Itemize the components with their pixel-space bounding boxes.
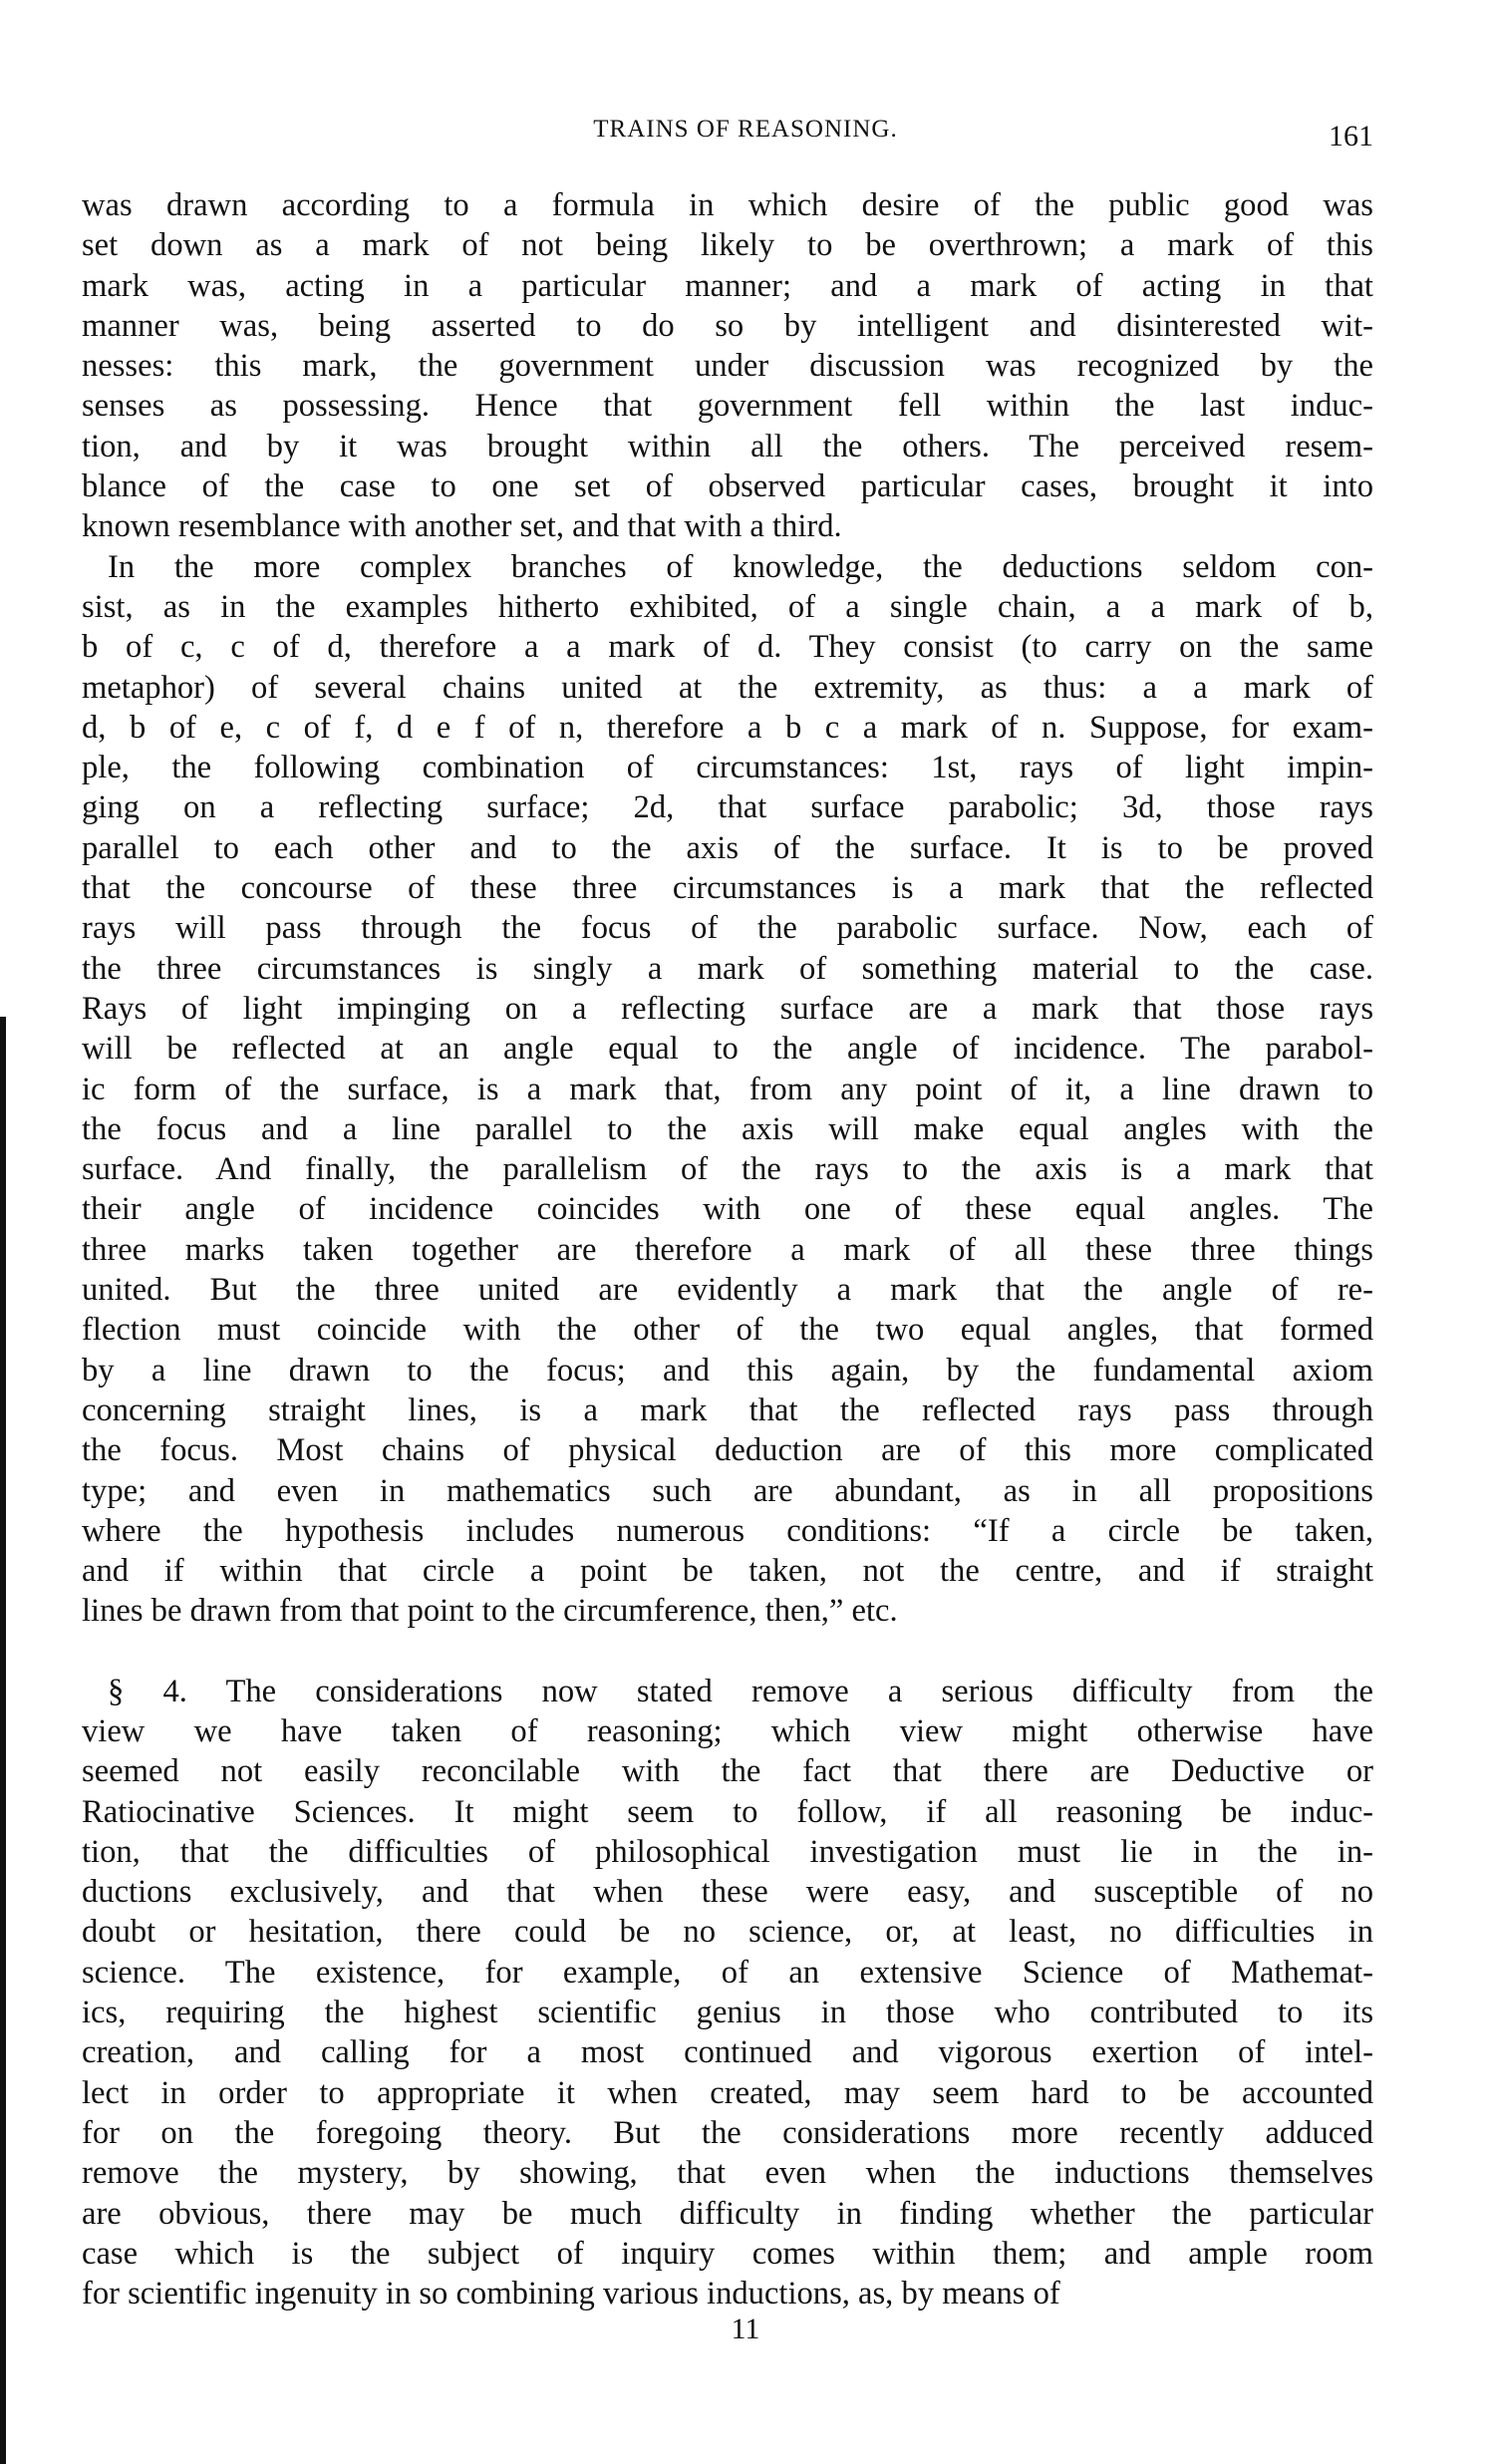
text-line: type; and even in mathematics such are a… <box>82 1471 1373 1511</box>
text-line: where the hypothesis includes numerous c… <box>82 1511 1373 1551</box>
text-line: mark was, acting in a particular manner;… <box>82 266 1373 306</box>
body-text: was drawn according to a formula in whic… <box>82 185 1373 2313</box>
text-line: ic form of the surface, is a mark that, … <box>82 1070 1373 1109</box>
text-line: b of c, c of d, therefore a a mark of d.… <box>82 627 1373 667</box>
text-line: lect in order to appropriate it when cre… <box>82 2073 1373 2113</box>
text-line: science. The existence, for example, of … <box>82 1953 1373 1993</box>
text-line: lines be drawn from that point to the ci… <box>82 1591 1373 1631</box>
text-line: d, b of e, c of f, d e f of n, therefore… <box>82 708 1373 748</box>
text-line: set down as a mark of not being likely t… <box>82 225 1373 265</box>
text-line: nesses: this mark, the government under … <box>82 346 1373 386</box>
text-line: doubt or hesitation, there could be no s… <box>82 1912 1373 1952</box>
text-line: that the concourse of these three circum… <box>82 868 1373 908</box>
text-line: seemed not easily reconcilable with the … <box>82 1751 1373 1791</box>
section-gap <box>82 1632 1373 1672</box>
text-line: concerning straight lines, is a mark tha… <box>82 1390 1373 1430</box>
text-line: tion, that the difficulties of philosoph… <box>82 1832 1373 1872</box>
text-line: rays will pass through the focus of the … <box>82 908 1373 948</box>
text-line: the focus and a line parallel to the axi… <box>82 1109 1373 1149</box>
page-header: TRAINS OF REASONING. 161 <box>0 100 1491 150</box>
paragraph-2: In the more complex branches of knowledg… <box>82 547 1373 1632</box>
text-line: metaphor) of several chains united at th… <box>82 668 1373 708</box>
text-line: case which is the subject of inquiry com… <box>82 2234 1373 2274</box>
text-line: the three circumstances is singly a mark… <box>82 949 1373 989</box>
text-line: are obvious, there may be much difficult… <box>82 2194 1373 2234</box>
paragraph-1: was drawn according to a formula in whic… <box>82 185 1373 547</box>
text-line: senses as possessing. Hence that governm… <box>82 386 1373 426</box>
text-line: creation, and calling for a most continu… <box>82 2032 1373 2072</box>
text-line: In the more complex branches of knowledg… <box>82 547 1373 587</box>
text-line: for scientific ingenuity in so combining… <box>82 2274 1373 2313</box>
text-line: Rays of light impinging on a reflecting … <box>82 989 1373 1029</box>
text-line: Ratiocinative Sciences. It might seem to… <box>82 1792 1373 1832</box>
text-line: ductions exclusively, and that when thes… <box>82 1872 1373 1912</box>
text-line: view we have taken of reasoning; which v… <box>82 1711 1373 1751</box>
text-line: by a line drawn to the focus; and this a… <box>82 1351 1373 1390</box>
text-line: three marks taken together are therefore… <box>82 1230 1373 1270</box>
signature-mark: 11 <box>0 2312 1491 2346</box>
text-line: sist, as in the examples hitherto exhibi… <box>82 587 1373 627</box>
page-number: 161 <box>1329 120 1373 154</box>
text-line: known resemblance with another set, and … <box>82 506 1373 546</box>
paragraph-section-4: § 4. The considerations now stated remov… <box>82 1672 1373 2314</box>
text-line: blance of the case to one set of observe… <box>82 466 1373 506</box>
text-line: and if within that circle a point be tak… <box>82 1551 1373 1591</box>
text-line: surface. And finally, the parallelism of… <box>82 1149 1373 1189</box>
page-edge-shadow <box>0 1017 6 2464</box>
text-line: for on the foregoing theory. But the con… <box>82 2113 1373 2153</box>
text-line: ging on a reflecting surface; 2d, that s… <box>82 787 1373 827</box>
text-line: ple, the following combination of circum… <box>82 748 1373 787</box>
text-line: remove the mystery, by showing, that eve… <box>82 2153 1373 2193</box>
running-title: TRAINS OF REASONING. <box>0 116 1491 144</box>
text-line: united. But the three united are evident… <box>82 1270 1373 1310</box>
text-line: manner was, being asserted to do so by i… <box>82 306 1373 346</box>
text-line: will be reflected at an angle equal to t… <box>82 1029 1373 1069</box>
text-line: § 4. The considerations now stated remov… <box>82 1672 1373 1711</box>
text-line: their angle of incidence coincides with … <box>82 1189 1373 1229</box>
text-line: ics, requiring the highest scientific ge… <box>82 1993 1373 2032</box>
text-line: the focus. Most chains of physical deduc… <box>82 1430 1373 1470</box>
text-line: flection must coincide with the other of… <box>82 1310 1373 1350</box>
text-line: parallel to each other and to the axis o… <box>82 828 1373 868</box>
text-line: was drawn according to a formula in whic… <box>82 185 1373 225</box>
text-line: tion, and by it was brought within all t… <box>82 427 1373 466</box>
